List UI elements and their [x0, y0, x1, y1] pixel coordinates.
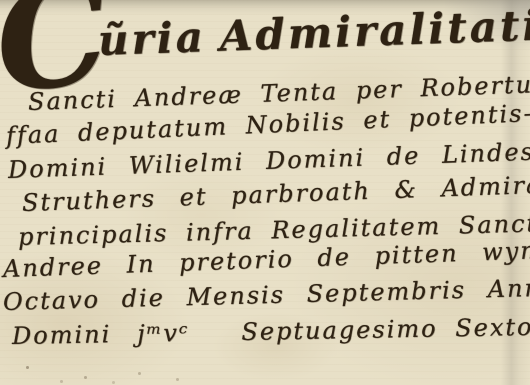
heading-line: ũriaAdmiralitatisRegalitatis	[97, 0, 530, 65]
manuscript-page: C ũriaAdmiralitatisRegalitatis Sancti An…	[0, 0, 530, 385]
paper-speckles	[26, 366, 29, 369]
manuscript-line: Domini jᵐvᶜ Septuagesimo Sexto	[12, 313, 530, 350]
heading-word-admiralitatis: Admiralitatis	[219, 0, 530, 61]
heading-word-curia: ũria	[97, 12, 206, 65]
